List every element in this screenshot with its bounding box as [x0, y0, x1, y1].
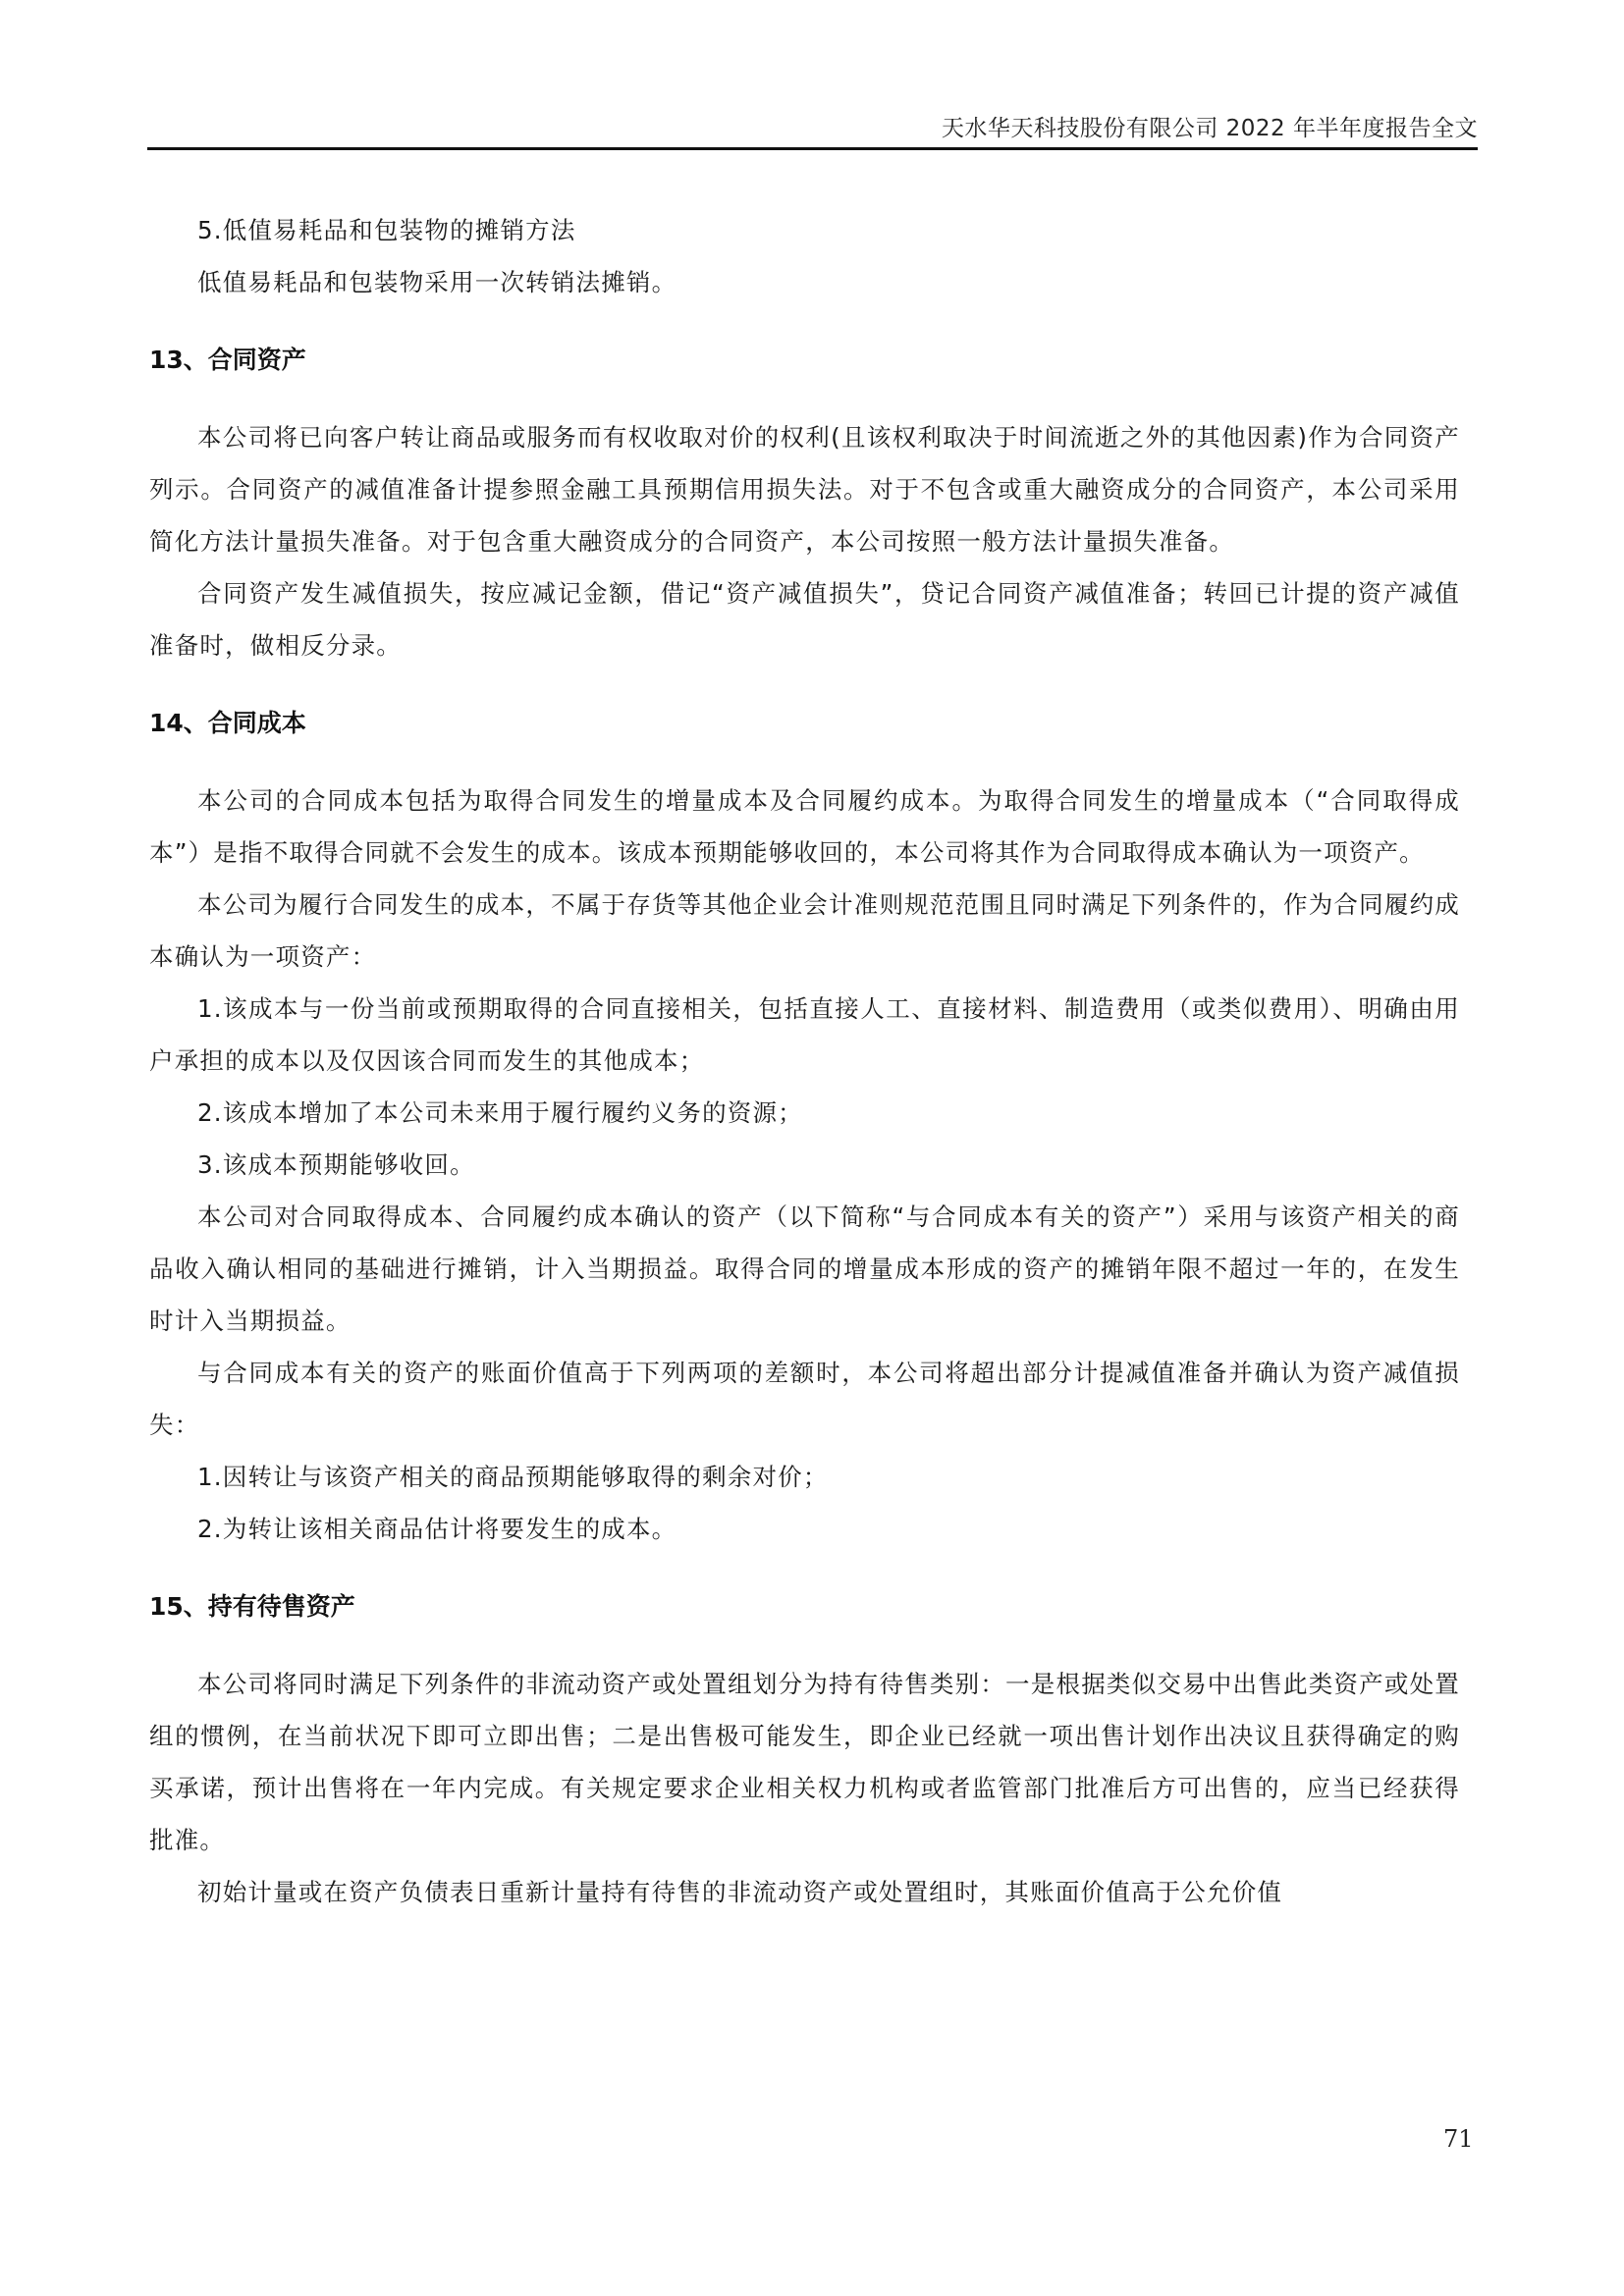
page-number: 71 [1443, 2125, 1474, 2153]
paragraph: 合同资产发生减值损失，按应减记金额，借记“资产减值损失”，贷记合同资产减值准备；… [149, 567, 1460, 671]
paragraph: 初始计量或在资产负债表日重新计量持有待售的非流动资产或处置组时，其账面价值高于公… [149, 1866, 1460, 1918]
paragraph: 本公司的合同成本包括为取得合同发生的增量成本及合同履约成本。为取得合同发生的增量… [149, 774, 1460, 879]
page-header: 天水华天科技股份有限公司 2022 年半年度报告全文 [147, 110, 1478, 149]
list-item: 2.该成本增加了本公司未来用于履行履约义务的资源； [149, 1087, 1460, 1139]
paragraph: 本公司将已向客户转让商品或服务而有权收取对价的权利(且该权利取决于时间流逝之外的… [149, 411, 1460, 567]
paragraph: 低值易耗品和包装物采用一次转销法摊销。 [149, 256, 1460, 308]
paragraph: 本公司对合同取得成本、合同履约成本确认的资产（以下简称“与合同成本有关的资产”）… [149, 1191, 1460, 1347]
paragraph: 本公司为履行合同发生的成本，不属于存货等其他企业会计准则规范范围且同时满足下列条… [149, 879, 1460, 983]
report-title: 天水华天科技股份有限公司 2022 年半年度报告全文 [942, 114, 1478, 143]
list-item: 1.该成本与一份当前或预期取得的合同直接相关，包括直接人工、直接材料、制造费用（… [149, 983, 1460, 1087]
list-item: 1.因转让与该资产相关的商品预期能够取得的剩余对价； [149, 1451, 1460, 1503]
subsection-title: 5.低值易耗品和包装物的摊销方法 [149, 204, 1460, 256]
paragraph: 本公司将同时满足下列条件的非流动资产或处置组划分为持有待售类别：一是根据类似交易… [149, 1658, 1460, 1866]
list-item: 3.该成本预期能够收回。 [149, 1139, 1460, 1191]
header-divider [147, 147, 1478, 150]
section-heading-14: 14、合同成本 [149, 697, 1460, 749]
paragraph: 与合同成本有关的资产的账面价值高于下列两项的差额时，本公司将超出部分计提减值准备… [149, 1347, 1460, 1451]
list-item: 2.为转让该相关商品估计将要发生的成本。 [149, 1503, 1460, 1555]
section-heading-13: 13、合同资产 [149, 334, 1460, 386]
section-heading-15: 15、持有待售资产 [149, 1580, 1460, 1632]
document-body: 5.低值易耗品和包装物的摊销方法 低值易耗品和包装物采用一次转销法摊销。 13、… [149, 204, 1460, 1918]
